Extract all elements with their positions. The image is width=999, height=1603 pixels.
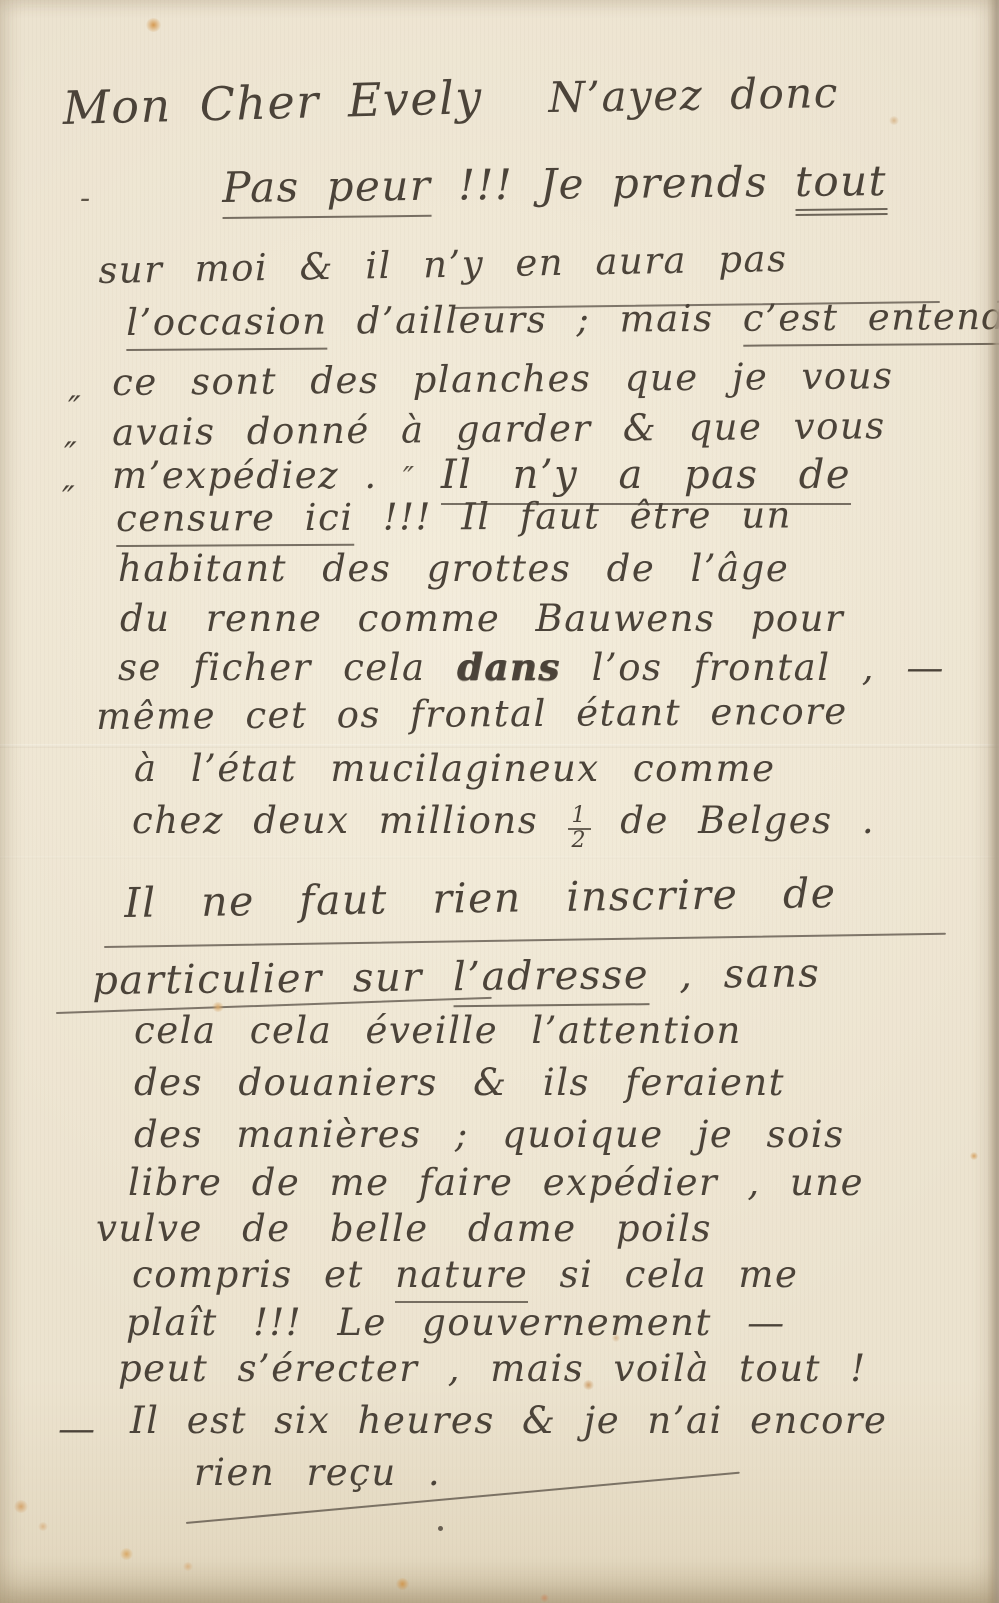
closing-quote: ″ — [403, 461, 416, 496]
letter-line: des manières ; quoique je sois — [134, 1114, 845, 1157]
foxing-spot — [14, 1500, 28, 1513]
ditto-mark: ″ — [68, 390, 82, 429]
line-text: des manières ; quoique je sois — [134, 1113, 845, 1156]
foxing-spot — [146, 18, 161, 32]
line-text: même cet os frontal étant encore — [96, 690, 848, 738]
letter-line: ce sont des planches que je vous — [112, 355, 894, 404]
line-segment: se ficher cela — [118, 646, 457, 689]
foxing-spot — [212, 1002, 224, 1012]
letter-line-adresse: particulier sur l’adresse , sans — [92, 950, 821, 1004]
ditto-mark: ″ — [62, 480, 76, 519]
margin-em-dash: — — [58, 1408, 97, 1451]
foxing-spot — [540, 1594, 549, 1602]
line-text: peut s’érecter , mais voilà tout ! — [118, 1347, 867, 1390]
ink-dot — [438, 1526, 443, 1531]
fraction-one-half: 12 — [568, 806, 592, 852]
letter-line: plaît !!! Le gouvernement — — [126, 1302, 786, 1345]
line-segment: tout — [795, 156, 888, 216]
letter-line: cela cela éveille l’attention — [134, 1010, 742, 1053]
letter-line: à l’état mucilagineux comme — [134, 748, 776, 791]
letter-line: censure ici !!! Il faut être un — [116, 494, 792, 540]
overwritten-word: dans — [457, 645, 561, 689]
line-text: des douaniers & ils feraient — [134, 1061, 785, 1104]
letter-line-inscrire: Il ne faut rien inscrire de — [124, 870, 837, 927]
line-segment: Je prends — [540, 157, 795, 209]
foxing-spot — [583, 1380, 594, 1390]
ditto-mark: ″ — [64, 436, 78, 475]
ditto-text: ″ — [62, 479, 76, 519]
line-text: vulve de belle dame poils — [96, 1207, 712, 1250]
letter-line-belges: chez deux millions 12 de Belges . — [132, 800, 875, 852]
line-segment: d’ailleurs ; mais — [327, 297, 743, 343]
line-segment: censure ici — [116, 496, 354, 547]
opening-text: N’ayez donc — [548, 68, 839, 122]
letter-line: des douaniers & ils feraient — [134, 1062, 785, 1105]
greeting-line: Mon Cher Evely — [62, 71, 483, 135]
line-text: du renne comme Bauwens pour — [120, 597, 844, 640]
margin-dash-text: - — [80, 181, 92, 216]
letter-line: Il est six heures & je n’ai encore — [130, 1400, 887, 1443]
line-text: Il ne faut rien inscrire de — [124, 869, 837, 927]
line-text: Il est six heures & je n’ai encore — [130, 1399, 887, 1442]
line-segment: l’occasion — [126, 300, 328, 351]
line-segment: Pas peur — [222, 161, 432, 219]
foxing-spot — [38, 1522, 48, 1531]
letter-line: habitant des grottes de l’âge — [118, 548, 789, 591]
ditto-text: ″ — [64, 435, 78, 475]
letter-line-pas-peur: Pas peur !!! Je prends tout — [222, 157, 887, 212]
letter-line: avais donné à garder & que vous — [112, 405, 886, 454]
letter-line-closing: rien reçu . — [194, 1452, 441, 1495]
letter-line: du renne comme Bauwens pour — [120, 598, 844, 641]
foxing-spot — [183, 1562, 193, 1571]
letter-line-expediez: m’expédiez . ″ Il n’y a pas de — [112, 452, 851, 498]
underline-rule — [104, 933, 946, 948]
line-segment: particulier sur — [92, 954, 453, 1004]
opening-line: N’ayez donc — [548, 69, 839, 122]
letter-line: sur moi & il n’y en aura pas — [98, 238, 788, 293]
fraction-numerator: 1 — [568, 806, 592, 830]
line-segment: l’os frontal , — — [560, 646, 944, 689]
foxing-spot — [612, 1334, 620, 1342]
line-text: ce sont des planches que je vous — [112, 354, 894, 404]
line-text: cela cela éveille l’attention — [134, 1009, 742, 1052]
line-segment: nature — [395, 1253, 528, 1303]
ditto-text: ″ — [68, 389, 82, 429]
line-text: libre de me faire expédier , une — [128, 1161, 864, 1204]
em-dash-text: — — [58, 1407, 97, 1450]
line-segment: de Belges . — [591, 799, 875, 842]
letter-line: même cet os frontal étant encore — [96, 691, 848, 739]
line-text: plaît !!! Le gouvernement — — [126, 1301, 786, 1344]
margin-dash: - — [80, 182, 92, 217]
foxing-spot — [889, 116, 899, 125]
line-text: habitant des grottes de l’âge — [118, 547, 789, 590]
foxing-spot — [120, 1548, 133, 1560]
line-segment: compris et — [132, 1253, 395, 1296]
line-text: sur moi & il n’y en aura pas — [98, 237, 788, 292]
letter-line: peut s’érecter , mais voilà tout ! — [118, 1348, 867, 1391]
line-segment: !!! Il faut être un — [353, 493, 792, 538]
line-segment: c’est entendu — [743, 295, 999, 347]
line-segment: si cela me — [528, 1253, 798, 1296]
line-segment: , sans — [649, 950, 821, 998]
line-segment: chez deux millions — [132, 799, 568, 842]
letter-scan: { "letter": { "greeting": "Mon Cher Evel… — [0, 0, 999, 1603]
greeting-text: Mon Cher Evely — [62, 70, 483, 135]
paper-fold-crease-soft — [0, 856, 999, 859]
line-text: à l’état mucilagineux comme — [134, 747, 776, 790]
line-text: avais donné à garder & que vous — [112, 404, 886, 454]
line-segment: !!! — [431, 160, 540, 210]
torn-paper-edge — [987, 0, 999, 1603]
letter-line: l’occasion d’ailleurs ; mais c’est enten… — [126, 296, 999, 345]
foxing-spot — [396, 1578, 409, 1590]
fraction-denominator: 2 — [568, 830, 592, 852]
letter-line: vulve de belle dame poils — [96, 1208, 712, 1251]
foxing-spot — [970, 1152, 978, 1160]
line-text: rien reçu . — [194, 1451, 441, 1494]
letter-line: libre de me faire expédier , une — [128, 1162, 864, 1205]
letter-line-nature: compris et nature si cela me — [132, 1254, 798, 1297]
line-segment: m’expédiez . — [112, 454, 378, 497]
letter-line: se ficher cela dans l’os frontal , — — [118, 646, 945, 690]
